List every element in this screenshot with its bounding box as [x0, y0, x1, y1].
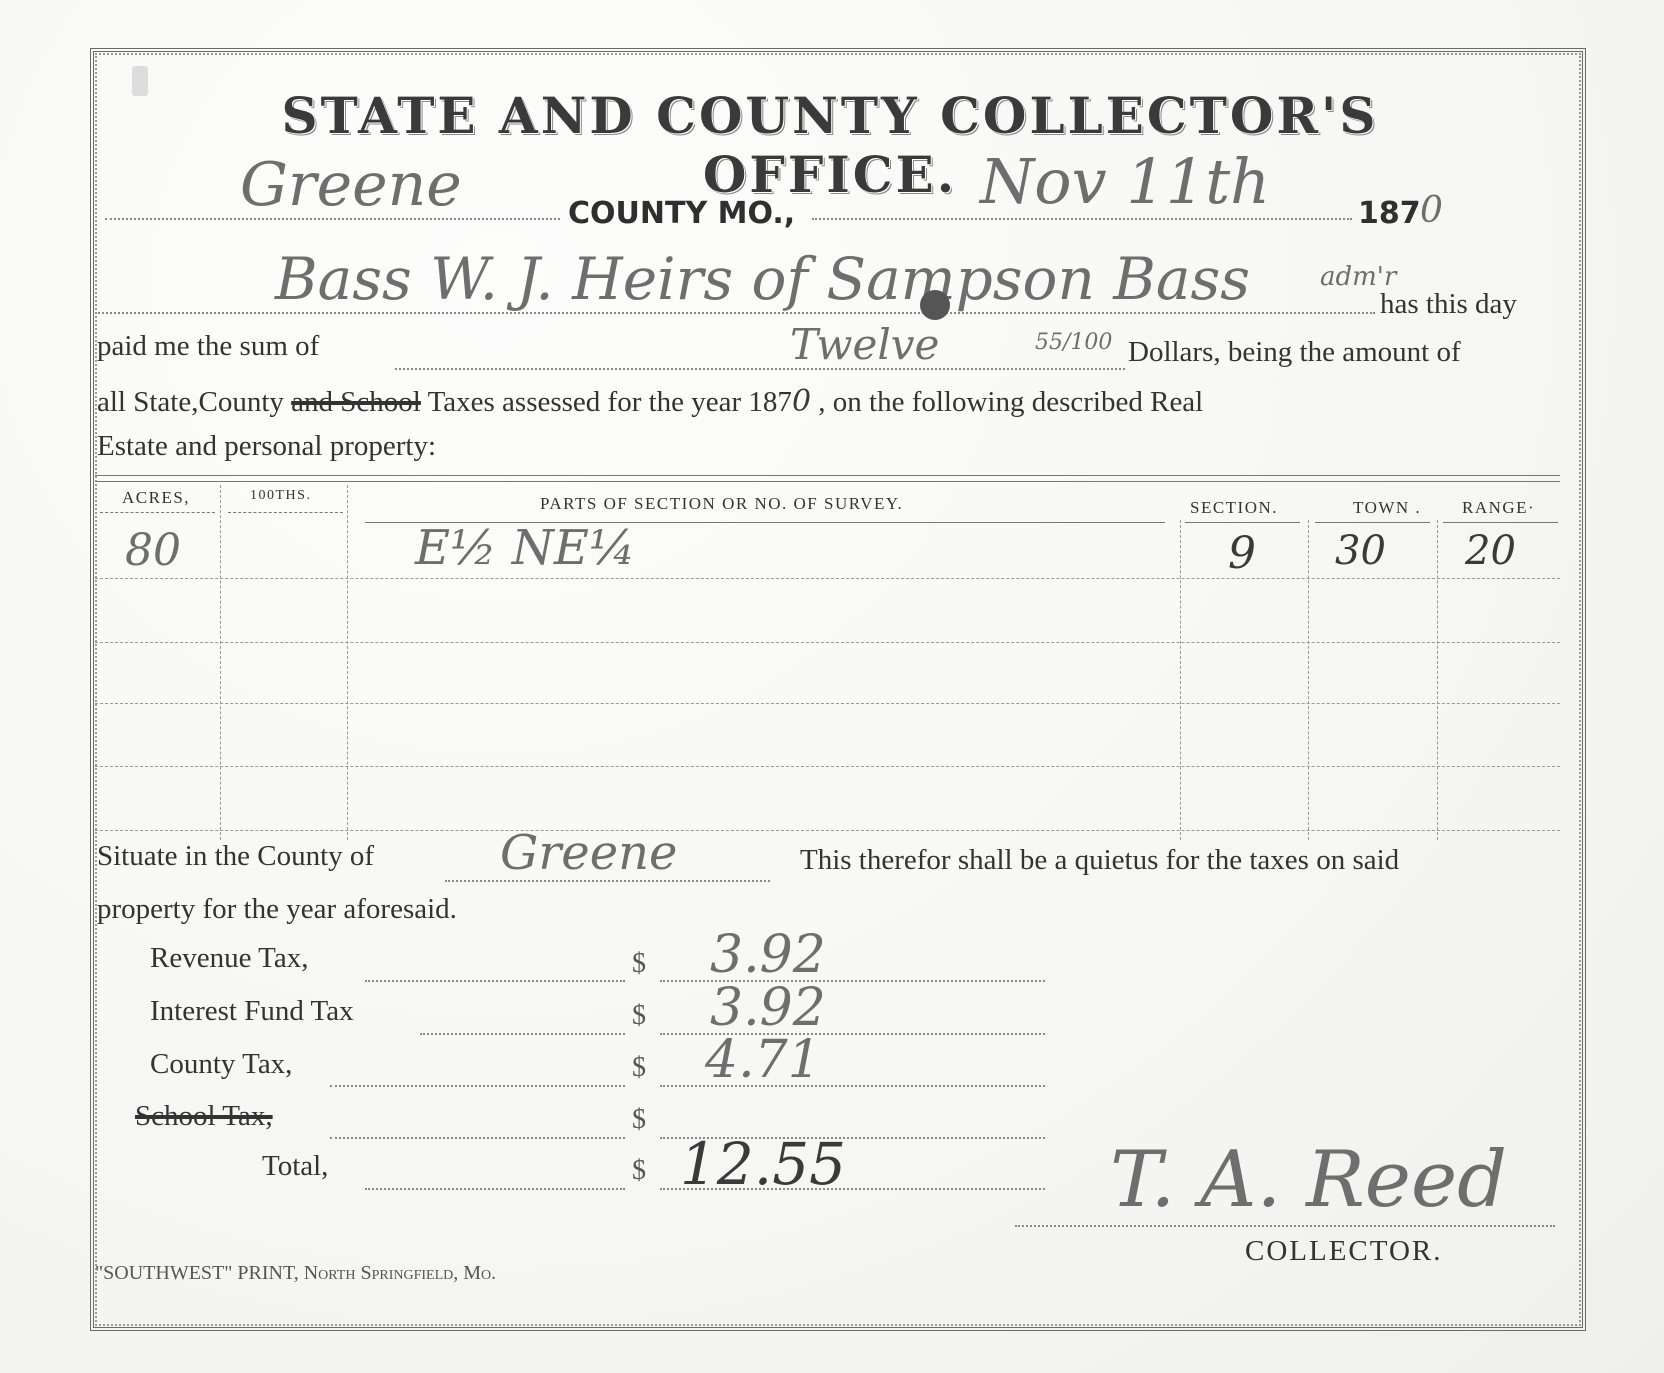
- header-acres: ACRES,: [122, 488, 190, 508]
- col-divider: [1437, 520, 1438, 840]
- tax-dots: [365, 1188, 625, 1190]
- revenue-tax-label: Revenue Tax,: [150, 942, 309, 975]
- taxes-assessed-line: all State,County and School Taxes assess…: [97, 384, 1203, 419]
- county-handwritten: Greene: [240, 150, 462, 220]
- row1-range: 20: [1465, 528, 1516, 574]
- year-suffix-handwritten: 0: [1420, 190, 1443, 231]
- row-line: [95, 703, 1560, 704]
- date-field-line: [812, 218, 1352, 220]
- collector-signature: T. A. Reed: [1110, 1135, 1507, 1225]
- sum-cents-handwritten: 55/100: [1035, 330, 1112, 355]
- row1-acres: 80: [125, 525, 181, 576]
- row1-town: 30: [1335, 528, 1386, 574]
- signature-line: [1015, 1225, 1555, 1227]
- situate-label: Situate in the County of: [97, 840, 374, 873]
- sum-words-handwritten: Twelve: [790, 320, 939, 369]
- county-mo-label: COUNTY MO.,: [568, 196, 795, 231]
- county-currency: $: [632, 1052, 646, 1084]
- printer-credit: "SOUTHWEST" PRINT, North Springfield, Mo…: [95, 1262, 496, 1285]
- school-currency: $: [632, 1104, 646, 1136]
- interest-currency: $: [632, 1000, 646, 1032]
- struck-school-text: and School: [291, 386, 421, 418]
- tax-dots: [365, 980, 625, 982]
- row-line: [95, 766, 1560, 767]
- collector-title: COLLECTOR.: [1245, 1235, 1443, 1268]
- has-this-day-text: has this day: [1380, 288, 1517, 321]
- year-prefix: 187: [1358, 196, 1421, 231]
- estate-text: Estate and personal property:: [97, 430, 436, 463]
- row1-section: 9: [1228, 528, 1256, 579]
- total-amount: 12.55: [680, 1130, 846, 1198]
- header-underline: [1185, 522, 1300, 523]
- header-underline: [1443, 522, 1558, 523]
- header-section: SECTION.: [1190, 498, 1278, 518]
- payer-name-handwritten: Bass W. J. Heirs of Sampson Bass: [275, 245, 1250, 313]
- header-underline: [1315, 522, 1430, 523]
- quietus-text: This therefor shall be a quietus for the…: [800, 844, 1399, 877]
- col-divider: [1308, 520, 1309, 840]
- interest-tax-label: Interest Fund Tax: [150, 995, 354, 1028]
- tax-dots: [330, 1137, 625, 1139]
- table-top-rule-2: [95, 481, 1560, 482]
- revenue-amount: 3.92: [710, 925, 826, 985]
- state-text: all State,: [97, 386, 198, 418]
- taxes-year-text: Taxes assessed for the year 187: [428, 386, 792, 418]
- aforesaid-text: property for the year aforesaid.: [97, 893, 457, 926]
- paid-label: paid me the sum of: [97, 330, 319, 363]
- tax-dots: [420, 1033, 625, 1035]
- row-line: [95, 578, 1560, 579]
- sum-field-line: [395, 368, 1125, 370]
- header-underline: [228, 512, 343, 513]
- table-top-rule: [95, 475, 1560, 476]
- row-line: [95, 642, 1560, 643]
- described-text: , on the following described Real: [818, 386, 1203, 418]
- tax-year-suffix-handwritten: 0: [792, 384, 811, 419]
- header-town: TOWN .: [1353, 498, 1421, 518]
- document-page: STATE AND COUNTY COLLECTOR'S OFFICE. Gre…: [0, 0, 1664, 1373]
- interest-amount: 3.92: [710, 978, 826, 1038]
- total-currency: $: [632, 1155, 646, 1187]
- paper-tab-mark: [132, 66, 148, 96]
- total-label: Total,: [262, 1150, 328, 1183]
- row-line: [95, 830, 1560, 831]
- ink-blot: [920, 290, 950, 320]
- row1-parts: E½ NE¼: [415, 520, 635, 576]
- col-divider: [220, 485, 221, 840]
- col-divider: [1180, 520, 1181, 840]
- county-amount: 4.71: [705, 1030, 821, 1090]
- county-tax-label: County Tax,: [150, 1048, 292, 1081]
- county-text: County: [198, 386, 283, 418]
- date-handwritten: Nov 11th: [980, 145, 1270, 218]
- col-divider: [347, 485, 348, 840]
- revenue-currency: $: [632, 948, 646, 980]
- header-hundredths: 100THS.: [250, 488, 311, 504]
- tax-dots: [330, 1085, 625, 1087]
- school-tax-label-struck: School Tax,: [135, 1100, 273, 1133]
- header-range: RANGE·: [1462, 498, 1535, 518]
- dollars-text: Dollars, being the amount of: [1128, 336, 1461, 369]
- header-underline: [100, 512, 215, 513]
- header-parts: PARTS OF SECTION OR NO. OF SURVEY.: [540, 494, 903, 514]
- situate-county-handwritten: Greene: [500, 825, 677, 881]
